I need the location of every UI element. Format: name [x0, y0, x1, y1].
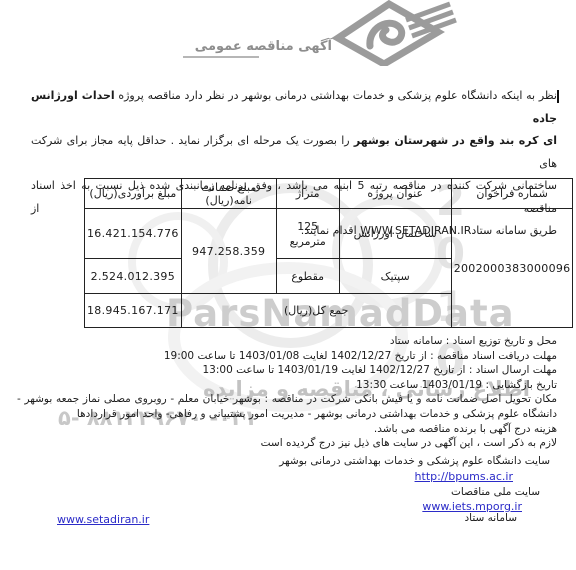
cell-total-value: 18.945.167.171	[85, 294, 182, 328]
tender-announcement-document: 2010 ParsNamadData اطلاع رسانی ، مناقصه …	[0, 0, 576, 570]
col-header-call-number: شماره فراخوان	[451, 179, 573, 209]
docs-distribution-line: محل و تاریخ توزیع اسناد : سامانه ستاد	[17, 334, 557, 349]
organization-logo-icon	[332, 0, 457, 70]
cell-area-2: مقطوع	[276, 259, 339, 294]
col-header-area: متراژ	[276, 179, 339, 209]
ad-cost-line: هزینه درج آگهی با برنده مناقصه می باشد.	[17, 422, 557, 437]
cell-project-2: سپتیک	[339, 259, 451, 294]
guarantee-delivery-location-line: مکان تحویل اصل ضمانت نامه و یا فیش بانکی…	[17, 392, 557, 421]
university-site-label: سایت دانشگاه علوم پزشکی و خدمات بهداشتی …	[279, 455, 550, 467]
docs-receive-deadline-line: مهلت دریافت اسناد مناقصه : از تاریخ 1402…	[17, 349, 557, 364]
cell-project-1: ساختمان اورژانس	[339, 209, 451, 259]
banner-underline	[183, 56, 259, 58]
area-value: 125	[279, 219, 337, 234]
cell-estimate-1: 16.421.154.776	[85, 209, 182, 259]
setadiran-site-link[interactable]: www.setadiran.ir	[57, 513, 149, 526]
opening-date-line: تاریخ بازگشایی : 1403/01/19 ساعت 13:30	[17, 378, 557, 393]
table-row: 2002000383000096 ساختمان اورژانس 125 متر…	[85, 209, 573, 259]
col-header-estimate: مبلغ برآوردی(ریال)	[85, 179, 182, 209]
docs-submit-deadline-line: مهلت ارسال اسناد : از تاریخ 1402/12/27 ل…	[17, 363, 557, 378]
schedule-section: محل و تاریخ توزیع اسناد : سامانه ستاد مه…	[17, 334, 557, 451]
cell-call-number: 2002000383000096	[451, 209, 573, 328]
page-title: آگهی مناقصه عمومی	[192, 39, 332, 54]
text-cursor	[557, 90, 559, 103]
col-header-guarantee: مبلغ ضمانت نامه(ریال)	[181, 179, 276, 209]
cell-total-label: جمع کل(ریال)	[181, 294, 451, 328]
cell-guarantee: 947.258.359	[181, 209, 276, 294]
intro-line-1: نظر به اینکه دانشگاه علوم پزشکی و خدمات …	[31, 85, 557, 130]
also-published-line: لازم به ذکر است ، این آگهی در سایت های ذ…	[17, 436, 557, 451]
cell-estimate-2: 2.524.012.395	[85, 259, 182, 294]
setad-system-label: سامانه ستاد	[464, 512, 517, 524]
tender-table: شماره فراخوان عنوان پروژه متراژ مبلغ ضما…	[84, 178, 573, 328]
cell-area-1: 125 مترمربع	[276, 209, 339, 259]
area-unit: مترمربع	[279, 234, 337, 249]
university-site-link[interactable]: http://bpums.ac.ir	[415, 470, 513, 483]
intro-line-2: ای کره بند واقع در شهرستان بوشهر را بصور…	[31, 130, 557, 175]
national-tenders-site-label: سایت ملی مناقصات	[451, 486, 540, 498]
col-header-project: عنوان پروژه	[339, 179, 451, 209]
